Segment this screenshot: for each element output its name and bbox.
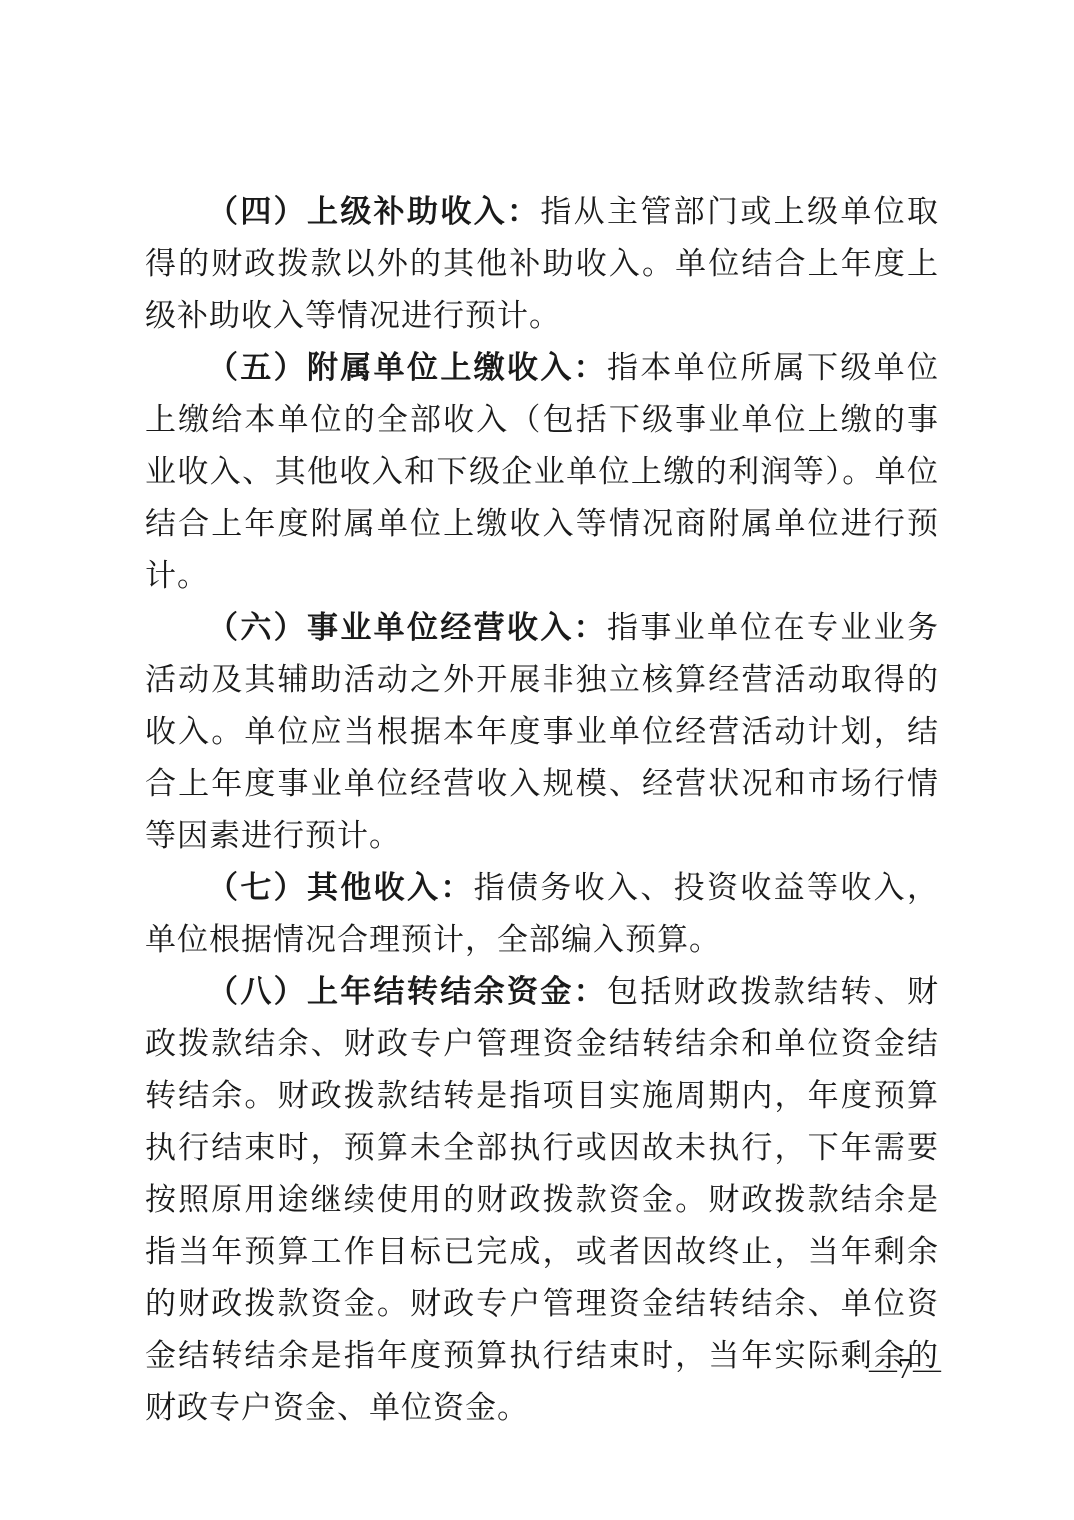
paragraph-item-6: （六）事业单位经营收入：指事业单位在专业业务活动及其辅助活动之外开展非独立核算经… <box>145 602 939 862</box>
paragraph-lead: （五）附属单位上缴收入： <box>207 350 607 385</box>
document-page: （四）上级补助收入：指从主管部门或上级单位取得的财政拨款以外的其他补助收入。单位… <box>0 0 1074 1520</box>
paragraph-text: 指本单位所属下级单位上缴给本单位的全部收入（包括下级事业单位上缴的事业收入、其他… <box>145 350 939 593</box>
paragraph-lead: （七）其他收入： <box>207 870 474 905</box>
paragraph-text: 包括财政拨款结转、财政拨款结余、财政专户管理资金结转结余和单位资金结转结余。财政… <box>145 974 939 1425</box>
paragraph-item-8: （八）上年结转结余资金：包括财政拨款结转、财政拨款结余、财政专户管理资金结转结余… <box>145 966 939 1434</box>
paragraph-lead: （八）上年结转结余资金： <box>207 974 607 1009</box>
paragraph-item-7: （七）其他收入：指债务收入、投资收益等收入，单位根据情况合理预计，全部编入预算。 <box>145 862 939 966</box>
paragraph-item-4: （四）上级补助收入：指从主管部门或上级单位取得的财政拨款以外的其他补助收入。单位… <box>145 186 939 342</box>
paragraph-item-5: （五）附属单位上缴收入：指本单位所属下级单位上缴给本单位的全部收入（包括下级事业… <box>145 342 939 602</box>
page-number: —7— <box>869 1354 942 1386</box>
paragraph-lead: （四）上级补助收入： <box>207 194 540 229</box>
paragraph-lead: （六）事业单位经营收入： <box>207 610 607 645</box>
paragraph-text: 指事业单位在专业业务活动及其辅助活动之外开展非独立核算经营活动取得的收入。单位应… <box>145 610 939 853</box>
document-body: （四）上级补助收入：指从主管部门或上级单位取得的财政拨款以外的其他补助收入。单位… <box>145 186 939 1434</box>
